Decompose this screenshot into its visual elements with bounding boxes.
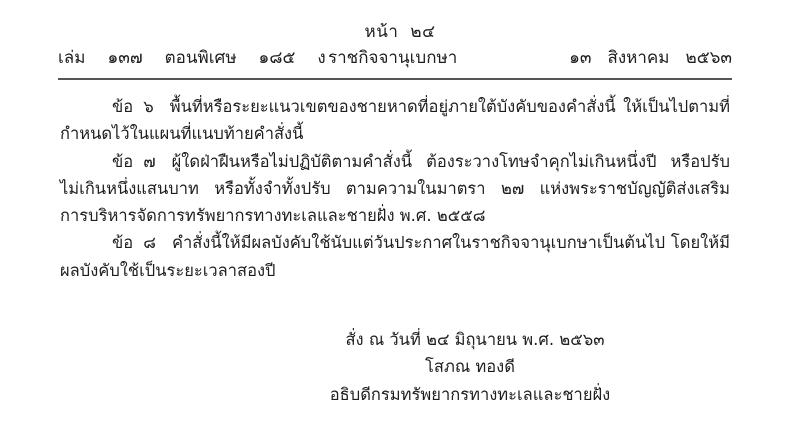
publication-name: ราชกิจจานุเบกษา bbox=[328, 44, 457, 71]
header-rule bbox=[58, 78, 732, 80]
clause-6: ข้อ๖พื้นที่หรือระยะแนวเขตของชายหาดที่อยู… bbox=[60, 93, 730, 148]
clause-text: คำสั่งนี้ให้มีผลบังคับใช้นับแต่วันประกาศ… bbox=[172, 233, 730, 252]
clause-number: ๖ bbox=[143, 97, 153, 116]
signatory-title: อธิบดีกรมทรัพยากรทางทะเลและชายฝั่ง bbox=[0, 381, 800, 408]
publication-date: ๑๓สิงหาคม๒๕๖๓ bbox=[553, 44, 732, 71]
page-label: หน้า bbox=[365, 22, 399, 42]
issue-info: เล่ม๑๓๗ตอนพิเศษ๑๘๕ง bbox=[58, 44, 326, 71]
volume-number: ๑๓๗ bbox=[107, 48, 142, 68]
clause-number: ๘ bbox=[143, 233, 156, 252]
clause-line: ผลบังคับใช้เป็นระยะเวลาสองปี bbox=[60, 257, 730, 284]
page-number-value: ๒๔ bbox=[410, 22, 435, 42]
signatory-name: โสภณ ทองดี bbox=[0, 353, 800, 380]
clause-line: ข้อ๗ผู้ใดฝ่าฝืนหรือไม่ปฏิบัติตามคำสั่งนี… bbox=[60, 148, 730, 175]
date-year: ๒๕๖๓ bbox=[686, 48, 732, 68]
clause-text: ผู้ใดฝ่าฝืนหรือไม่ปฏิบัติตามคำสั่งนี้ ต้… bbox=[172, 152, 730, 171]
signature-block: สั่ง ณ วันที่ ๒๔ มิถุนายน พ.ศ. ๒๕๖๓ โสภณ… bbox=[0, 326, 800, 408]
clause-label: ข้อ bbox=[112, 152, 133, 171]
date-month: สิงหาคม bbox=[608, 48, 670, 68]
clause-line: ข้อ๖พื้นที่หรือระยะแนวเขตของชายหาดที่อยู… bbox=[60, 93, 730, 120]
clause-number: ๗ bbox=[143, 152, 155, 171]
document-body: ข้อ๖พื้นที่หรือระยะแนวเขตของชายหาดที่อยู… bbox=[60, 93, 730, 284]
clause-line: กำหนดไว้ในแผนที่แนบท้ายคำสั่งนี้ bbox=[60, 120, 730, 147]
page-number: หน้า๒๔ bbox=[0, 18, 800, 45]
gazette-header: เล่ม๑๓๗ตอนพิเศษ๑๘๕ง ราชกิจจานุเบกษา ๑๓สิ… bbox=[58, 44, 732, 72]
section-number: ๑๘๕ bbox=[259, 48, 296, 68]
clause-label: ข้อ bbox=[112, 233, 133, 252]
section-letter: ง bbox=[317, 48, 325, 68]
clause-line: การบริหารจัดการทรัพยากรทางทะเลและชายฝั่ง… bbox=[60, 202, 730, 229]
volume-label: เล่ม bbox=[58, 48, 85, 68]
clause-line: ไม่เกินหนึ่งแสนบาท หรือทั้งจำทั้งปรับ ตา… bbox=[60, 175, 730, 202]
clause-7: ข้อ๗ผู้ใดฝ่าฝืนหรือไม่ปฏิบัติตามคำสั่งนี… bbox=[60, 148, 730, 230]
clause-text: พื้นที่หรือระยะแนวเขตของชายหาดที่อยู่ภาย… bbox=[170, 97, 730, 116]
clause-line: ข้อ๘คำสั่งนี้ให้มีผลบังคับใช้นับแต่วันปร… bbox=[60, 229, 730, 256]
signing-date: สั่ง ณ วันที่ ๒๔ มิถุนายน พ.ศ. ๒๕๖๓ bbox=[0, 326, 800, 353]
clause-8: ข้อ๘คำสั่งนี้ให้มีผลบังคับใช้นับแต่วันปร… bbox=[60, 229, 730, 284]
section-label: ตอนพิเศษ bbox=[165, 48, 237, 68]
clause-label: ข้อ bbox=[112, 97, 133, 116]
date-day: ๑๓ bbox=[569, 48, 591, 68]
